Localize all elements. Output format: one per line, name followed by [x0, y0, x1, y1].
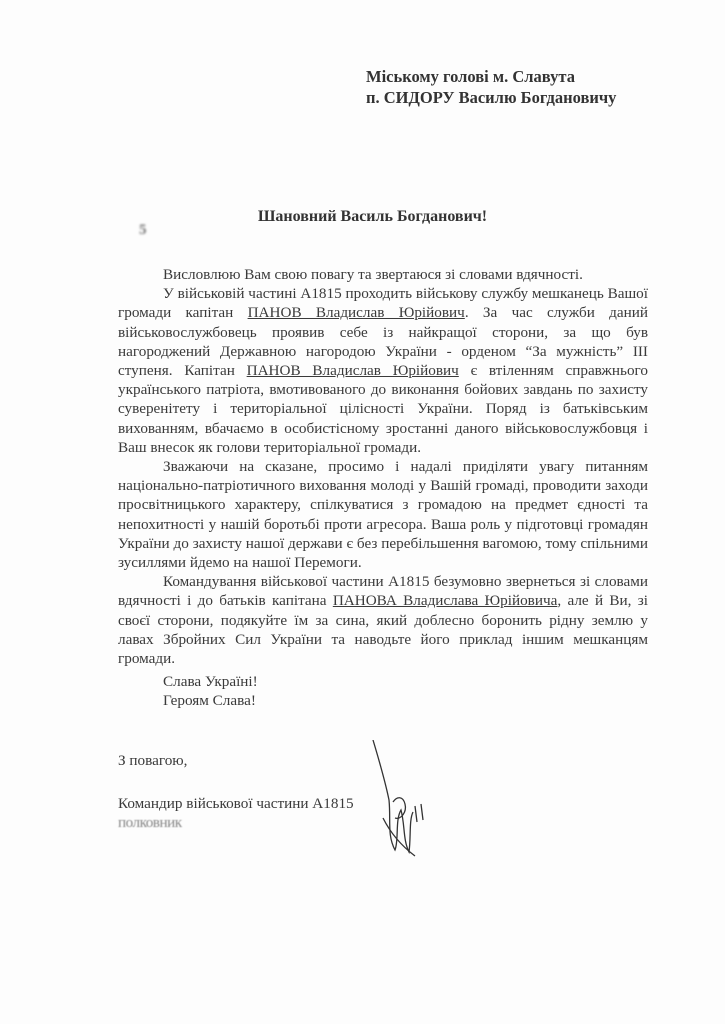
addressee-block: Міському голові м. Славута п. СИДОРУ Вас… — [366, 66, 616, 108]
addressee-line-2: п. СИДОРУ Василю Богдановичу — [366, 87, 616, 108]
commander-rank: полковник — [118, 813, 354, 832]
handwritten-signature-icon — [365, 740, 445, 865]
salutation: Шановний Василь Богданович! — [0, 208, 725, 226]
regards: З повагою, — [118, 752, 187, 770]
closing-slogans: Слава Україні! Героям Слава! — [163, 672, 258, 710]
commander-position: Командир військової частини А1815 — [118, 794, 354, 813]
paragraph-1: Висловлюю Вам свою повагу та звертаюся з… — [118, 265, 648, 284]
paragraph-2: У військовій частині А1815 проходить вій… — [118, 284, 648, 457]
closing-line-2: Героям Слава! — [163, 691, 258, 710]
paragraph-3: Зважаючи на сказане, просимо і надалі пр… — [118, 457, 648, 572]
closing-line-1: Слава Україні! — [163, 672, 258, 691]
addressee-line-1: Міському голові м. Славута — [366, 66, 616, 87]
paragraph-4: Командування військової частини А1815 бе… — [118, 572, 648, 668]
officer-name: ПАНОВА Владислава Юрійовича — [333, 592, 558, 609]
letter-body: Висловлюю Вам свою повагу та звертаюся з… — [118, 265, 648, 668]
officer-name: ПАНОВ Владислав Юрійович — [248, 304, 465, 321]
officer-name: ПАНОВ Владислав Юрійович — [247, 362, 459, 379]
commander-block: Командир військової частини А1815 полков… — [118, 794, 354, 832]
